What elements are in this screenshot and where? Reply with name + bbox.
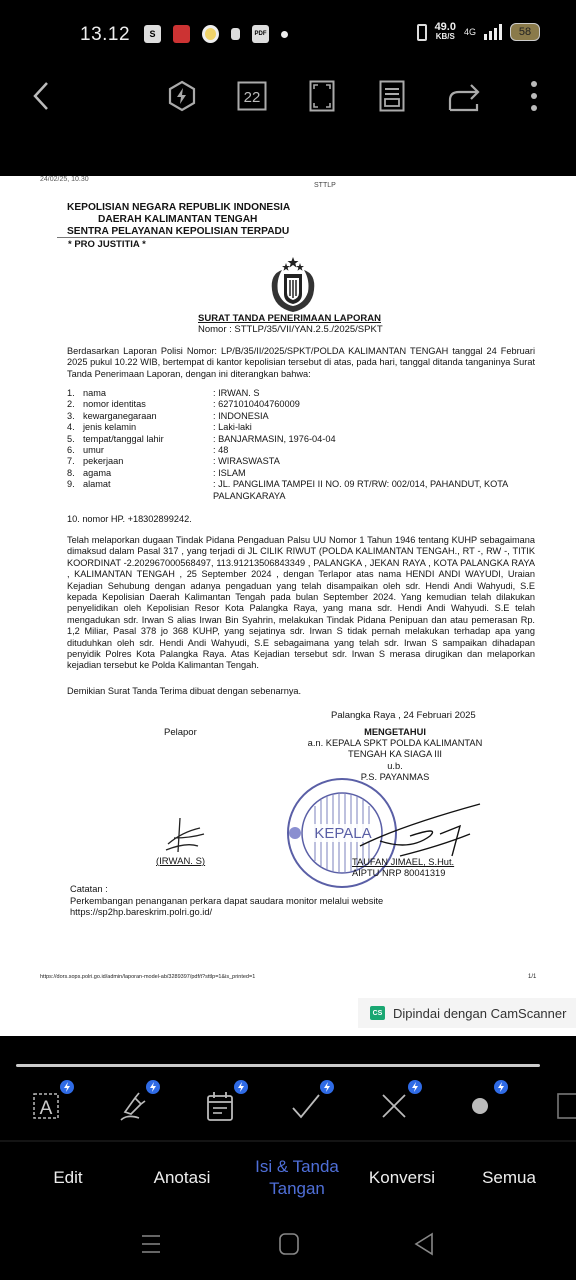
signature-pen-icon [117, 1090, 147, 1122]
header-divider [57, 237, 284, 238]
identity-row: 4.jenis kelamin: Laki-laki [67, 422, 513, 433]
identity-row: 8.agama: ISLAM [67, 468, 513, 479]
share-button[interactable] [446, 78, 482, 114]
identity-table: 1.nama: IRWAN. S 2.nomor identitas: 6271… [67, 388, 513, 502]
viewer-toolbar: 22 [0, 70, 576, 122]
document-number: Nomor : STTLP/35/VII/YAN.2.5./2025/SPKT [198, 324, 383, 335]
reading-mode-button[interactable] [374, 78, 410, 114]
identity-row: 7.pekerjaan: WIRASWASTA [67, 456, 513, 467]
cross-mark-tool[interactable] [374, 1086, 414, 1126]
reporter-signature [160, 816, 210, 856]
more-icon [530, 80, 538, 112]
news-app-icon [173, 25, 190, 43]
footer-page-number: 1/1 [528, 974, 536, 980]
officer-name-block: TAUFAN JIMAEL, S.Hut. AIPTU NRP 80041319 [352, 857, 454, 878]
date-tool[interactable] [200, 1086, 240, 1126]
identity-row: 6.umur: 48 [67, 445, 513, 456]
reading-mode-icon [379, 80, 405, 112]
cross-mark-icon [381, 1093, 407, 1119]
system-indicators: 49.0KB/S 4G 58 [417, 22, 540, 42]
tab-convert[interactable]: Konversi [360, 1150, 444, 1206]
note-block: Catatan : Perkembangan penanganan perkar… [70, 884, 383, 919]
reporter-name: (IRWAN. S) [156, 856, 205, 867]
date-icon [206, 1090, 234, 1122]
document-code: STTLP [314, 182, 336, 189]
network-type: 4G [464, 27, 476, 37]
battery-icon: 58 [510, 23, 540, 41]
shopee-icon: S [144, 25, 161, 43]
identity-row: 5.tempat/tanggal lahir: BANJARMASIN, 197… [67, 434, 513, 445]
check-mark-tool[interactable] [286, 1086, 326, 1126]
signature-tool[interactable] [112, 1086, 152, 1126]
fullscreen-icon [309, 80, 335, 112]
acknowledgement-block: MENGETAHUI a.n. KEPALA SPKT POLDA KALIMA… [300, 727, 490, 783]
status-bar: 13.12 S PDF 49.0KB/S 4G 58 [0, 0, 576, 70]
premium-badge-icon [146, 1080, 160, 1094]
footer-url: https://dors.sops.polri.go.id/admin/lapo… [40, 974, 255, 980]
note-label: Catatan : [70, 884, 383, 896]
home-icon[interactable] [276, 1232, 302, 1256]
premium-badge-icon [494, 1080, 508, 1094]
more-notifications-dot [281, 31, 288, 38]
note-text: Perkembangan penanganan perkara dapat sa… [70, 896, 383, 908]
fullscreen-button[interactable] [304, 78, 340, 114]
vibrate-icon [417, 24, 427, 41]
page-count-button[interactable]: 22 [234, 78, 270, 114]
tab-annotate[interactable]: Anotasi [140, 1150, 224, 1206]
note-url: https://sp2hp.bareskrim.polri.go.id/ [70, 907, 383, 919]
dot-icon [471, 1097, 489, 1115]
place-date: Palangka Raya , 24 Februari 2025 [331, 710, 476, 721]
text-box-icon: A [32, 1091, 60, 1121]
tab-all[interactable]: Semua [470, 1150, 548, 1206]
identity-row: 1.nama: IRWAN. S [67, 388, 513, 399]
signal-icon [484, 24, 502, 40]
video-app-icon [202, 25, 219, 43]
back-button[interactable] [24, 78, 60, 114]
bottom-tabs: Edit Anotasi Isi & Tanda Tangan Konversi… [0, 1150, 576, 1206]
shape-tool[interactable] [548, 1086, 576, 1126]
phone-line: 10. nomor HP. +18302899242. [67, 514, 192, 524]
closing-paragraph: Demikian Surat Tanda Terima dibuat denga… [67, 686, 535, 697]
institution-header: KEPOLISIAN NEGARA REPUBLIK INDONESIA DAE… [67, 202, 290, 238]
svg-text:22: 22 [244, 89, 261, 106]
premium-badge-icon [60, 1080, 74, 1094]
ai-flash-icon [166, 80, 198, 112]
more-button[interactable] [516, 78, 552, 114]
police-emblem-icon [262, 256, 324, 314]
document-title: SURAT TANDA PENERIMAAN LAPORAN Nomor : S… [198, 313, 383, 335]
fill-sign-tools: A [0, 1080, 576, 1134]
camscanner-watermark: CS Dipindai dengan CamScanner [358, 998, 576, 1028]
rectangle-icon [554, 1091, 576, 1121]
check-mark-icon [291, 1092, 321, 1120]
reporter-label: Pelapor [164, 727, 197, 738]
net-speed: 49.0KB/S [435, 22, 456, 42]
pro-justitia: * PRO JUSTITIA * [68, 239, 146, 250]
back-icon [31, 81, 53, 111]
premium-badge-icon [408, 1080, 422, 1094]
recent-apps-icon[interactable] [138, 1232, 164, 1256]
report-paragraph: Telah melaporkan dugaan Tindak Pidana Pe… [67, 535, 535, 672]
tab-fill-sign[interactable]: Isi & Tanda Tangan [244, 1150, 350, 1206]
pdf-icon: PDF [252, 25, 269, 43]
identity-row: 2.nomor identitas: 6271010404760009 [67, 399, 513, 410]
camscanner-text: Dipindai dengan CamScanner [393, 1006, 566, 1021]
camscanner-logo-icon: CS [370, 1006, 385, 1020]
print-timestamp: 24/02/25, 10.30 [40, 176, 89, 183]
identity-row: 3.kewarganegaraan: INDONESIA [67, 411, 513, 422]
status-time: 13.12 [80, 24, 130, 46]
screen-record-icon [231, 28, 240, 40]
ai-flash-button[interactable] [164, 78, 200, 114]
tab-edit[interactable]: Edit [28, 1150, 108, 1206]
intro-paragraph: Berdasarkan Laporan Polisi Nomor: LP/B/3… [67, 346, 535, 380]
dot-tool[interactable] [460, 1086, 500, 1126]
text-box-tool[interactable]: A [26, 1086, 66, 1126]
premium-badge-icon [234, 1080, 248, 1094]
officer-signature [340, 796, 490, 866]
svg-text:A: A [40, 1098, 53, 1119]
nav-back-icon[interactable] [412, 1232, 438, 1256]
tabs-divider [0, 1140, 576, 1142]
page-scrollbar[interactable] [16, 1064, 540, 1067]
premium-badge-icon [320, 1080, 334, 1094]
document-page[interactable]: 24/02/25, 10.30 STTLP KEPOLISIAN NEGARA … [0, 176, 576, 1036]
page-count-icon: 22 [237, 81, 267, 111]
share-icon [447, 80, 481, 112]
identity-row: 9.alamat: JL. PANGLIMA TAMPEI II NO. 09 … [67, 479, 513, 502]
notification-icons: S PDF [144, 25, 288, 43]
system-navigation-bar [0, 1224, 576, 1264]
